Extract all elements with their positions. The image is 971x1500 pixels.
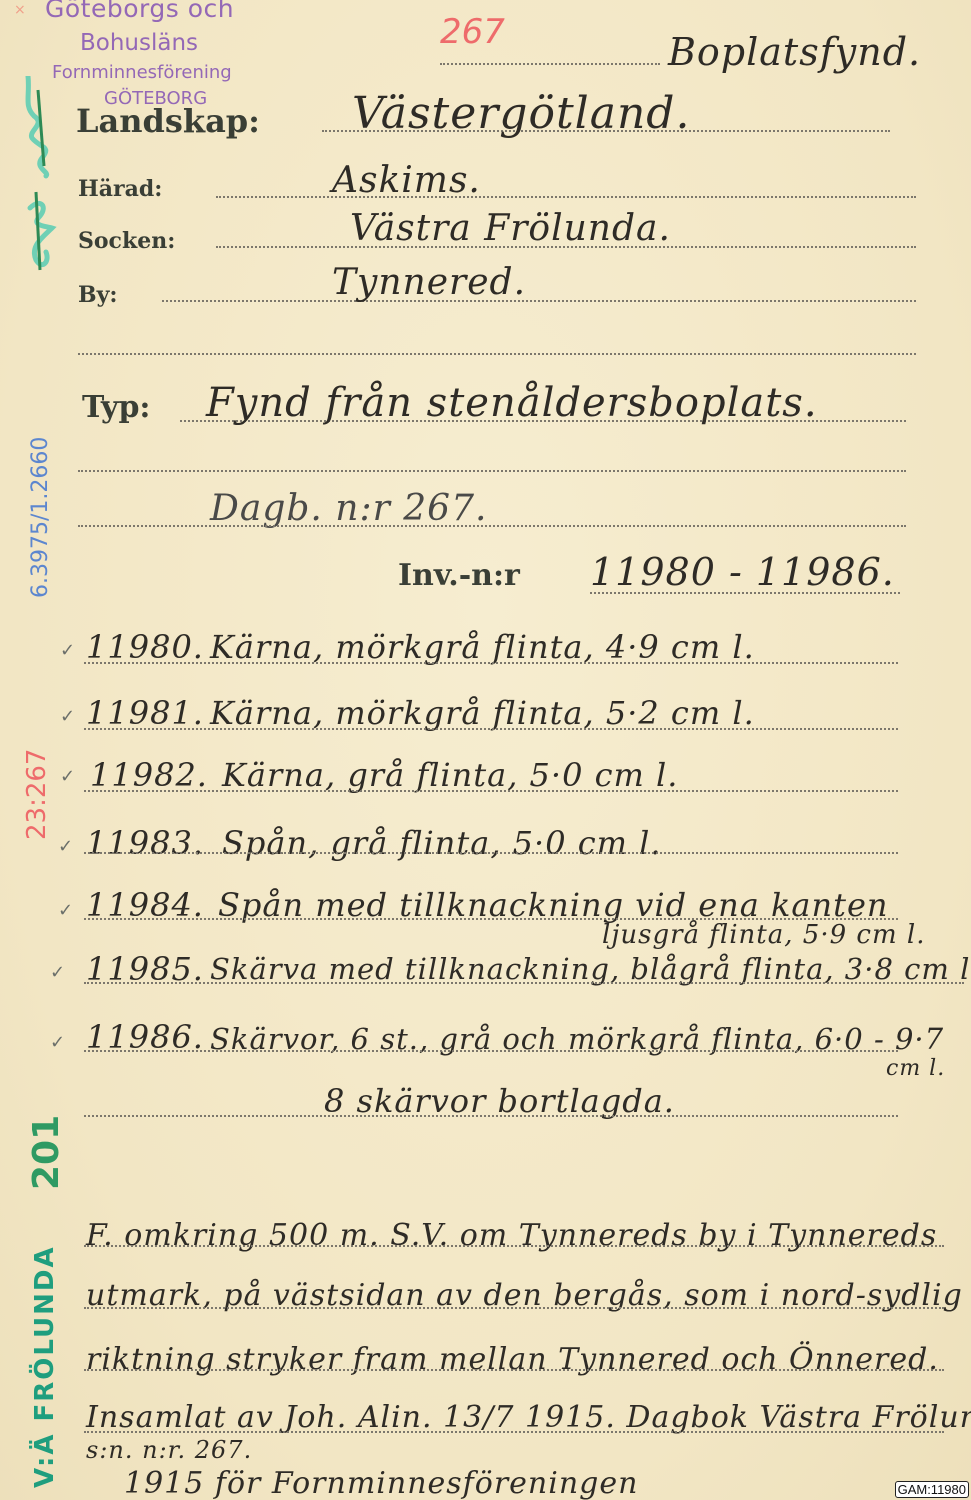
- red-number: 267: [440, 12, 505, 52]
- entry-text: Kärna, grå flinta, 5·0 cm l.: [222, 756, 678, 794]
- dotted-line: [84, 1245, 944, 1247]
- check-icon: ✓: [58, 836, 73, 857]
- dotted-line: [84, 790, 898, 792]
- check-icon: ✓: [60, 706, 75, 727]
- entry-number: 11980.: [86, 628, 204, 666]
- stamp-line-3: Fornminnesförening: [52, 62, 232, 83]
- socken-label: Socken:: [78, 228, 175, 254]
- entry-text: Skärva med tillknackning, blågrå flinta,…: [210, 952, 971, 986]
- dotted-line: [78, 353, 916, 355]
- dotted-line: [216, 196, 916, 198]
- entry-number: 11983.: [86, 824, 204, 862]
- entry-text: Spån, grå flinta, 5·0 cm l.: [222, 824, 662, 862]
- green-section-marks-icon: [16, 76, 66, 276]
- dotted-line: [440, 63, 660, 65]
- location-stamp: V:Ä FRÖLUNDA: [30, 1245, 60, 1488]
- dotted-line: [84, 1431, 944, 1433]
- archive-card: Göteborgs och Bohusläns Fornminnesföreni…: [0, 0, 971, 1500]
- entry-number: 11982.: [90, 756, 208, 794]
- harad-label: Härad:: [78, 176, 162, 202]
- location-line-4: Insamlat av Joh. Alin. 13/7 1915. Dagbok…: [86, 1400, 971, 1435]
- landskap-label: Landskap:: [76, 102, 260, 140]
- dotted-line: [84, 1307, 944, 1309]
- category-title: Boplatsfynd.: [668, 30, 921, 74]
- typ-value: Fynd från stenåldersboplats.: [206, 380, 818, 426]
- check-icon: ✓: [60, 766, 75, 787]
- red-reference: 23:267: [22, 749, 52, 840]
- typ-label: Typ:: [82, 390, 151, 425]
- dotted-line: [84, 982, 964, 984]
- dotted-line: [84, 852, 898, 854]
- blue-reference: 6.3975/1.2660: [28, 437, 53, 598]
- entry-continuation: ljusgrå flinta, 5·9 cm l.: [602, 920, 925, 950]
- red-x-mark: ×: [14, 2, 26, 18]
- location-line-1: F. omkring 500 m. S.V. om Tynnereds by i…: [86, 1218, 937, 1253]
- landskap-value: Västergötland.: [352, 88, 690, 139]
- entry-number: 11981.: [86, 694, 204, 732]
- stamp-line-1: Göteborgs och: [45, 0, 234, 23]
- dotted-line: [78, 470, 906, 472]
- location-line-6: 1915 för Fornminnesföreningen: [124, 1466, 638, 1500]
- dagbok-number: Dagb. n:r 267.: [210, 488, 487, 529]
- dotted-line: [84, 1369, 944, 1371]
- by-value: Tynnered.: [332, 262, 526, 303]
- socken-value: Västra Frölunda.: [350, 208, 671, 249]
- location-line-3: riktning stryker fram mellan Tynnered oc…: [86, 1342, 939, 1377]
- catalog-id-label: GAM:11980: [895, 1481, 969, 1498]
- stamp-line-2: Bohusläns: [80, 30, 198, 56]
- dotted-line: [84, 1115, 898, 1117]
- by-label: By:: [78, 282, 118, 308]
- check-icon: ✓: [50, 1032, 65, 1053]
- entry-text: Kärna, mörkgrå flinta, 5·2 cm l.: [210, 694, 755, 732]
- inv-label: Inv.-n:r: [398, 558, 520, 593]
- entry-continuation: cm l.: [886, 1056, 945, 1081]
- inv-range: 11980 - 11986.: [590, 550, 895, 594]
- check-icon: ✓: [60, 640, 75, 661]
- dotted-line: [78, 525, 906, 527]
- harad-value: Askims.: [332, 160, 481, 201]
- entry-text: Kärna, mörkgrå flinta, 4·9 cm l.: [210, 628, 755, 666]
- dotted-line: [590, 592, 900, 594]
- dotted-line: [162, 300, 916, 302]
- dotted-line: [84, 1050, 898, 1052]
- check-icon: ✓: [50, 962, 65, 983]
- green-number: 201: [26, 1115, 67, 1190]
- dotted-line: [84, 728, 898, 730]
- dotted-line: [84, 662, 898, 664]
- location-line-5: s:n. n:r. 267.: [86, 1436, 252, 1464]
- check-icon: ✓: [58, 900, 73, 921]
